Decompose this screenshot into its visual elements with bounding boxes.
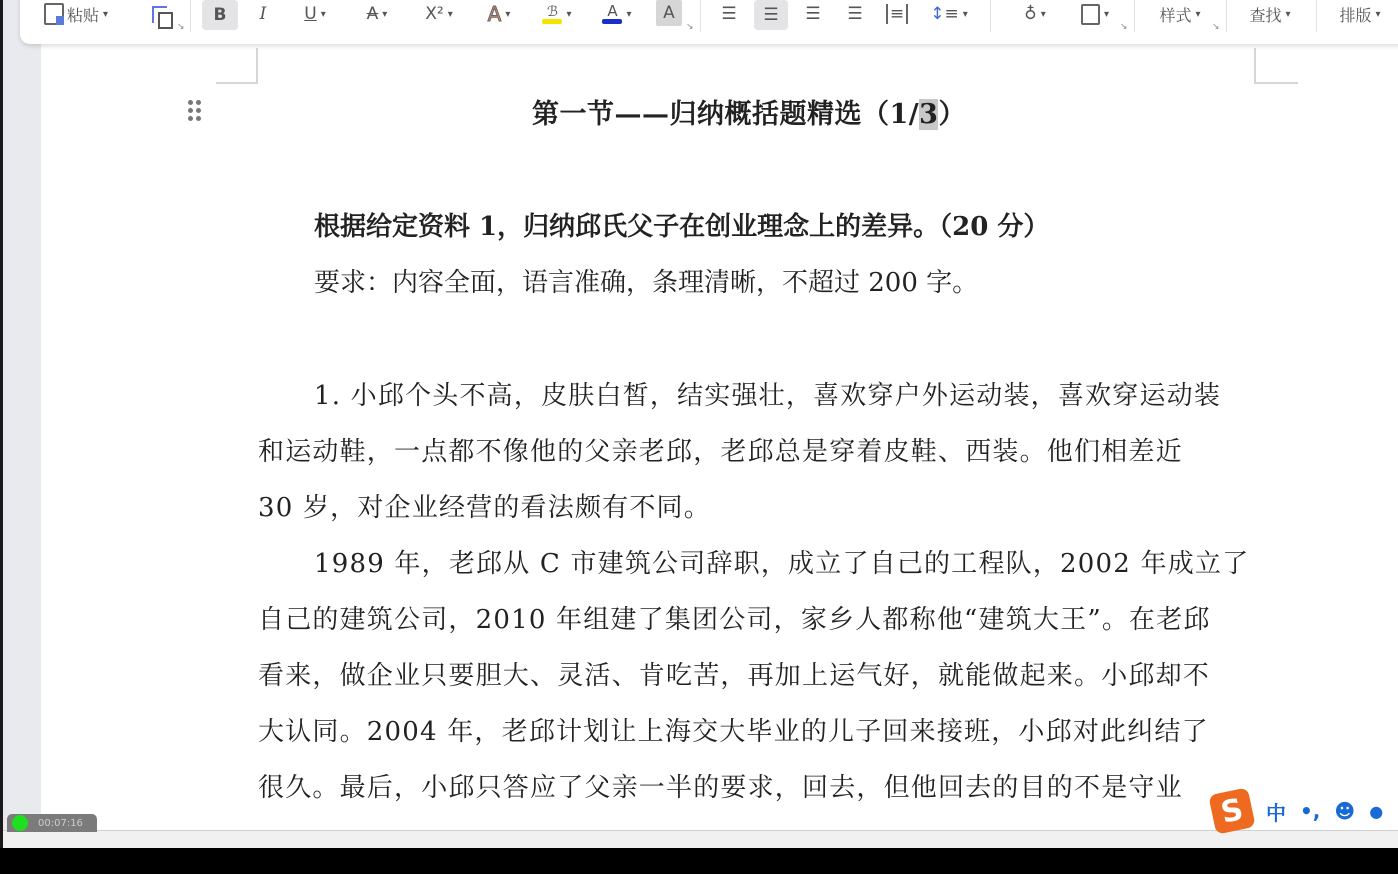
emoji-icon[interactable]: ☻: [1334, 799, 1355, 823]
ime-toolbar: S 中 •, ☻ ●: [1212, 788, 1398, 834]
highlight-button[interactable]: ℬ▾: [534, 0, 580, 28]
chevron-down-icon: ▾: [448, 9, 453, 20]
ime-punctuation-toggle[interactable]: •,: [1300, 799, 1320, 823]
styles-button[interactable]: 样式▾: [1150, 0, 1210, 28]
clipboard-icon: [44, 3, 64, 25]
chevron-down-icon: ▾: [1195, 9, 1200, 20]
sogou-logo-icon[interactable]: S: [1208, 787, 1255, 834]
body-line: 1989 年，老邱从 C 市建筑公司辞职，成立了自己的工程队，2002 年成立了: [314, 543, 1249, 580]
microphone-icon[interactable]: ●: [1369, 802, 1383, 821]
align-left-icon: ☰: [721, 4, 736, 24]
chevron-down-icon: ▾: [1375, 9, 1380, 20]
copy-format-button[interactable]: [144, 0, 174, 28]
line-spacing-icon: ↕: [930, 4, 944, 24]
superscript-button[interactable]: X²▾: [416, 0, 462, 28]
align-left-button[interactable]: ☰: [716, 0, 742, 28]
align-right-button[interactable]: ☰: [800, 0, 826, 28]
app-window: 粘贴 ▾ ↘ B I U▾ A▾ X²▾ A▾ ℬ▾ A▾ A ↘ ☰ ☰ ☰ …: [0, 0, 1398, 848]
text-effect-button[interactable]: A▾: [476, 0, 522, 28]
shading-button[interactable]: ♁▾: [1012, 0, 1058, 28]
ime-mode-toggle[interactable]: 中: [1266, 797, 1286, 826]
align-right-icon: ☰: [805, 4, 820, 24]
line-spacing-button[interactable]: ↕≡▾: [926, 0, 972, 28]
chevron-down-icon: ▾: [626, 9, 631, 20]
paste-button[interactable]: 粘贴 ▾: [44, 0, 108, 28]
justify-icon: ☰: [847, 4, 862, 24]
chevron-down-icon: ▾: [505, 9, 510, 20]
find-button[interactable]: 查找▾: [1240, 0, 1300, 28]
bold-button[interactable]: B: [202, 0, 238, 30]
document-canvas: [3, 0, 41, 848]
expand-styles-icon[interactable]: ↘: [1212, 22, 1220, 32]
distributed-align-button[interactable]: ≡: [884, 0, 910, 28]
recording-time: 00:07:16: [38, 818, 83, 829]
layout-button[interactable]: 排版▾: [1330, 0, 1390, 28]
chevron-down-icon: ▾: [103, 9, 108, 20]
strikethrough-button[interactable]: A▾: [354, 0, 400, 28]
font-color-button[interactable]: A▾: [594, 0, 640, 28]
text-selection: 3: [919, 99, 938, 130]
character-shading-button[interactable]: A: [656, 0, 682, 26]
paint-bucket-icon: ♁: [1024, 4, 1036, 24]
question-text: 根据给定资料 1，归纳邱氏父子在创业理念上的差异。（20 分）: [314, 206, 1049, 243]
body-line: 很久。最后，小邱只答应了父亲一半的要求，回去，但他回去的目的不是守业: [258, 767, 1183, 804]
recording-indicator: 00:07:16: [7, 814, 97, 832]
border-button[interactable]: ▾: [1072, 0, 1118, 28]
underline-button[interactable]: U▾: [292, 0, 338, 28]
chevron-down-icon: ▾: [382, 9, 387, 20]
margin-marker-left: [216, 48, 258, 84]
body-line: 自己的建筑公司，2010 年组建了集团公司，家乡人都称他“建筑大王”。在老邱: [258, 599, 1211, 636]
chevron-down-icon: ▾: [566, 9, 571, 20]
border-icon: [1081, 4, 1100, 25]
expand-font-icon[interactable]: ↘: [686, 22, 694, 32]
status-bar: [3, 830, 1398, 848]
page-title: 第一节——归纳概括题精选（1/3）: [532, 92, 966, 131]
ribbon-toolbar: 粘贴 ▾ ↘ B I U▾ A▾ X²▾ A▾ ℬ▾ A▾ A ↘ ☰ ☰ ☰ …: [20, 0, 1398, 44]
expand-clipboard-icon[interactable]: ↘: [177, 22, 185, 32]
expand-paragraph-icon[interactable]: ↘: [1120, 22, 1128, 32]
align-center-icon: ☰: [763, 5, 778, 25]
chevron-down-icon: ▾: [1041, 9, 1046, 20]
body-line: 30 岁，对企业经营的看法颇有不同。: [258, 487, 711, 524]
paragraph-drag-handle[interactable]: [188, 100, 202, 124]
italic-button[interactable]: I: [248, 0, 278, 28]
body-line: 大认同。2004 年，老邱计划让上海交大毕业的儿子回来接班，小邱对此纠结了: [258, 711, 1209, 748]
chevron-down-icon: ▾: [1285, 9, 1290, 20]
requirement-text: 要求：内容全面，语言准确，条理清晰，不超过 200 字。: [314, 262, 978, 299]
copy-icon: [152, 6, 167, 23]
font-color-icon: A: [602, 4, 622, 24]
chevron-down-icon: ▾: [1104, 9, 1109, 20]
margin-marker-right: [1254, 48, 1298, 84]
chevron-down-icon: ▾: [321, 9, 326, 20]
body-line: 看来，做企业只要胆大、灵活、肯吃苦，再加上运气好，就能做起来。小邱却不: [258, 655, 1210, 692]
chevron-down-icon: ▾: [963, 9, 968, 20]
highlighter-icon: ℬ: [542, 5, 562, 24]
align-center-button[interactable]: ☰: [754, 0, 788, 30]
body-line: 和运动鞋，一点都不像他的父亲老邱，老邱总是穿着皮鞋、西装。他们相差近: [258, 431, 1183, 468]
distributed-align-icon: ≡: [886, 4, 908, 24]
body-line: 1. 小邱个头不高，皮肤白皙，结实强壮，喜欢穿户外运动装，喜欢穿运动装: [314, 375, 1221, 412]
recording-dot-icon: [12, 815, 28, 831]
justify-button[interactable]: ☰: [842, 0, 868, 28]
